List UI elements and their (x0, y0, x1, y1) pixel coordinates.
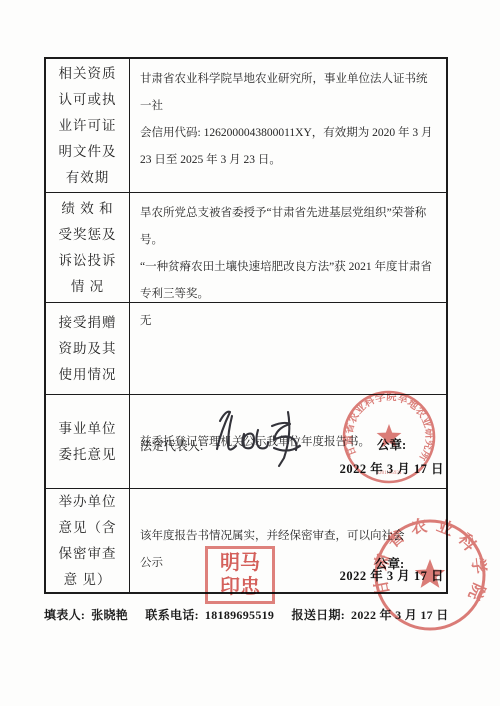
row-donations: 接受捐赠 资助及其 使用情况 无 (46, 303, 446, 395)
filled-by-value: 张晓艳 (91, 608, 128, 622)
entity-seal-label: 公章: (377, 432, 406, 459)
donations-row-content: 无 (130, 303, 446, 394)
footer-line: 填表人:张晓艳 联系电话:18189695519 报送日期:2022 年 3 月… (44, 606, 464, 623)
entity-seal-date: 2022 年 3 月 17 日 (340, 456, 444, 483)
performance-row-content: 旱农所党总支被省委授予“甘肃省先进基层党组织”荣誉称号。 “一种贫瘠农田土壤快速… (130, 193, 446, 302)
donations-row-label: 接受捐赠 资助及其 使用情况 (46, 303, 130, 394)
personal-seal-line: 印忠 (208, 577, 272, 597)
scanned-report-page: 相关资质 认可或执 业许可证 明文件及 有效期 甘肃省农业科学院旱地农业研究所，… (0, 0, 500, 706)
sponsor-opinion-row-label: 举办单位 意见（含 保密审查 意 见） (46, 489, 130, 592)
entity-opinion-row-label: 事业单位 委托意见 (46, 395, 130, 488)
sponsor-seal-date: 2022 年 3 月 17 日 (340, 563, 444, 590)
row-entity-opinion: 事业单位 委托意见 兹委托登记管理机关公示我单位年度报告书。 法定代表人: 公章… (46, 395, 446, 489)
sponsor-opinion-row-content: 该年度报告书情况属实，并经保密审查，可以向社会 公示 公章: 2022 年 3 … (130, 489, 446, 592)
row-performance: 绩 效 和 受奖惩及 诉讼投诉 情 况 旱农所党总支被省委授予“甘肃省先进基层党… (46, 193, 446, 303)
qualification-row-label: 相关资质 认可或执 业许可证 明文件及 有效期 (46, 59, 130, 192)
qualification-row-content: 甘肃省农业科学院旱地农业研究所，事业单位法人证书统一社 会信用代码: 12620… (130, 59, 446, 192)
annual-report-table: 相关资质 认可或执 业许可证 明文件及 有效期 甘肃省农业科学院旱地农业研究所，… (44, 57, 448, 594)
entity-opinion-row-content: 兹委托登记管理机关公示我单位年度报告书。 法定代表人: 公章: 2022 年 3… (130, 395, 446, 488)
phone-label: 联系电话: (145, 608, 199, 622)
personal-name-seal-stamp: 明马 印忠 (205, 546, 275, 604)
row-qualification: 相关资质 认可或执 业许可证 明文件及 有效期 甘肃省农业科学院旱地农业研究所，… (46, 59, 446, 193)
filled-by-label: 填表人: (44, 608, 85, 622)
legal-representative-label: 法定代表人: (140, 433, 203, 460)
personal-seal-line: 明马 (208, 553, 272, 573)
phone-value: 18189695519 (205, 608, 274, 622)
performance-row-label: 绩 效 和 受奖惩及 诉讼投诉 情 况 (46, 193, 130, 302)
submit-date-label: 报送日期: (292, 608, 346, 622)
submit-date-value: 2022 年 3 月 17 日 (351, 608, 449, 622)
legal-representative-signature (208, 403, 308, 471)
